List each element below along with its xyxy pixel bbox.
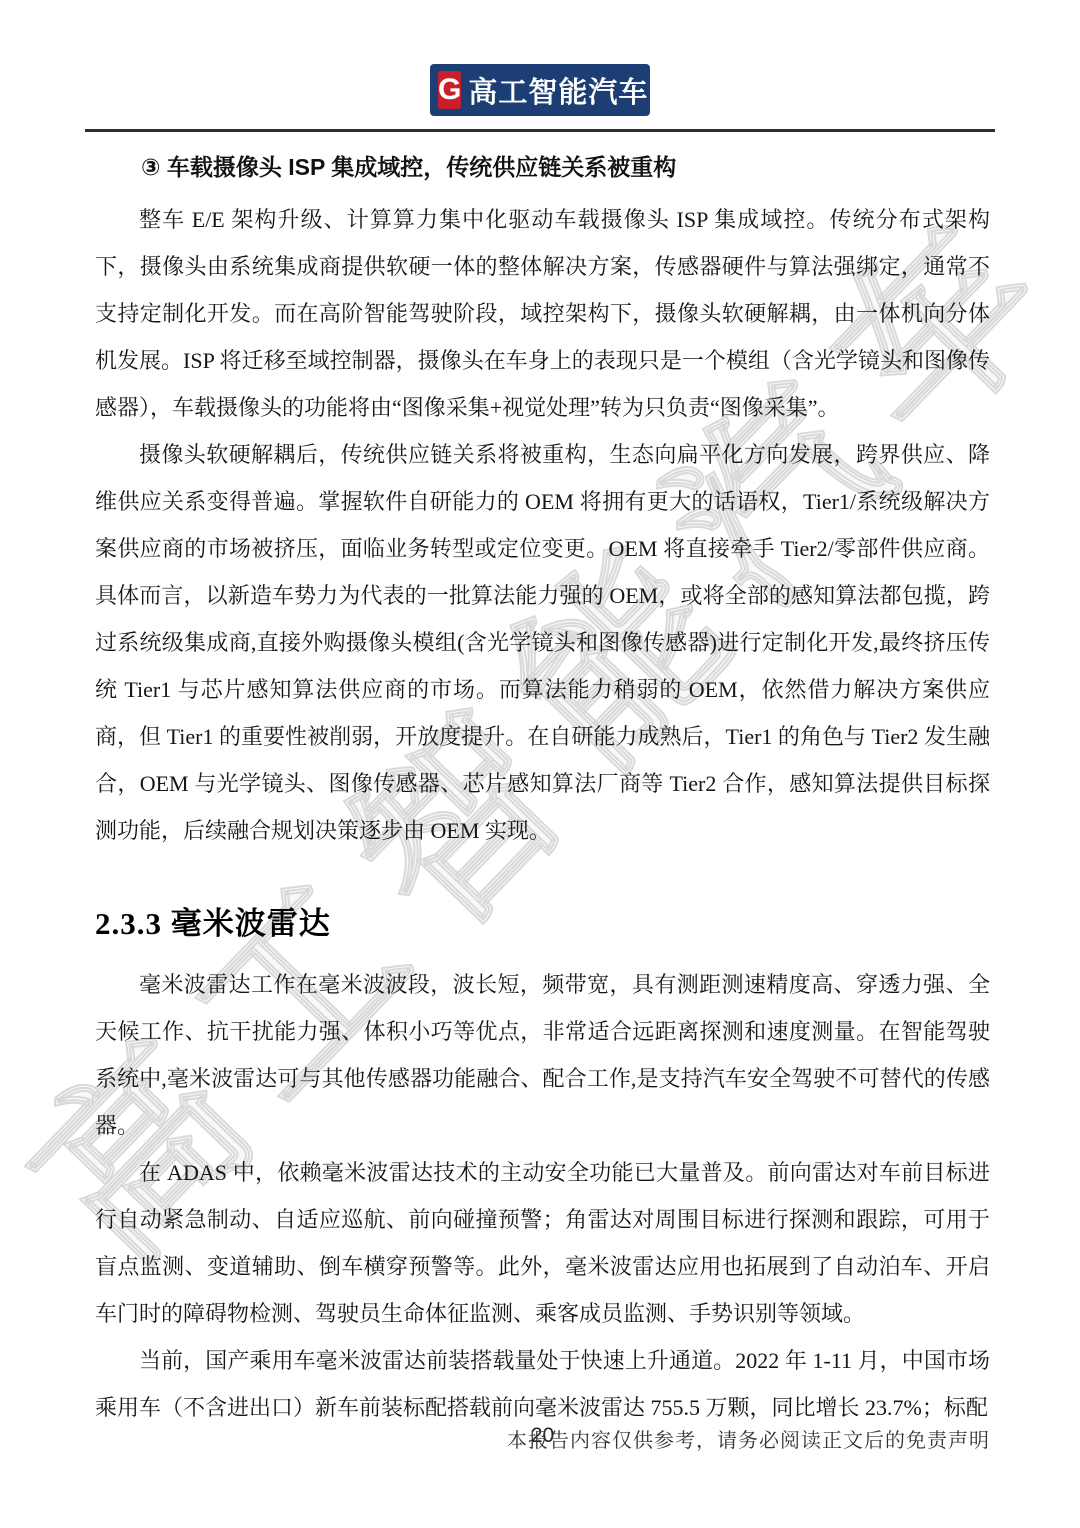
camera-subsection-heading: ③ 车载摄像头 ISP 集成域控，传统供应链关系被重构	[95, 149, 990, 182]
radar-paragraph-1: 毫米波雷达工作在毫米波波段，波长短，频带宽，具有测距测速精度高、穿透力强、全天候…	[95, 961, 990, 1149]
document-page: 高工智能汽车 G 高工智能汽车 ③ 车载摄像头 ISP 集成域控，传统供应链关系…	[0, 0, 1080, 1528]
header-divider	[85, 129, 995, 132]
page-body: ③ 车载摄像头 ISP 集成域控，传统供应链关系被重构 整车 E/E 架构升级、…	[0, 149, 1080, 1431]
logo-g-icon: G	[438, 71, 461, 109]
camera-paragraph-1: 整车 E/E 架构升级、计算算力集中化驱动车载摄像头 ISP 集成域控。传统分布…	[95, 196, 990, 431]
radar-paragraph-2: 在 ADAS 中，依赖毫米波雷达技术的主动安全功能已大量普及。前向雷达对车前目标…	[95, 1149, 990, 1337]
camera-paragraph-2: 摄像头软硬解耦后，传统供应链关系将被重构，生态向扁平化方向发展，跨界供应、降维供…	[95, 431, 990, 854]
radar-paragraph-3: 当前，国产乘用车毫米波雷达前装搭载量处于快速上升通道。2022 年 1-11 月…	[95, 1337, 990, 1431]
footer-disclaimer: 本报告内容仅供参考，请务必阅读正文后的免责声明	[507, 1424, 990, 1453]
page-footer: 20 本报告内容仅供参考，请务必阅读正文后的免责声明	[95, 1422, 990, 1456]
logo-brand-name: 高工智能汽车	[468, 70, 648, 111]
radar-section-heading: 2.3.3 毫米波雷达	[95, 898, 990, 943]
brand-logo: G 高工智能汽车	[430, 64, 650, 116]
page-header: G 高工智能汽车	[0, 0, 1080, 132]
